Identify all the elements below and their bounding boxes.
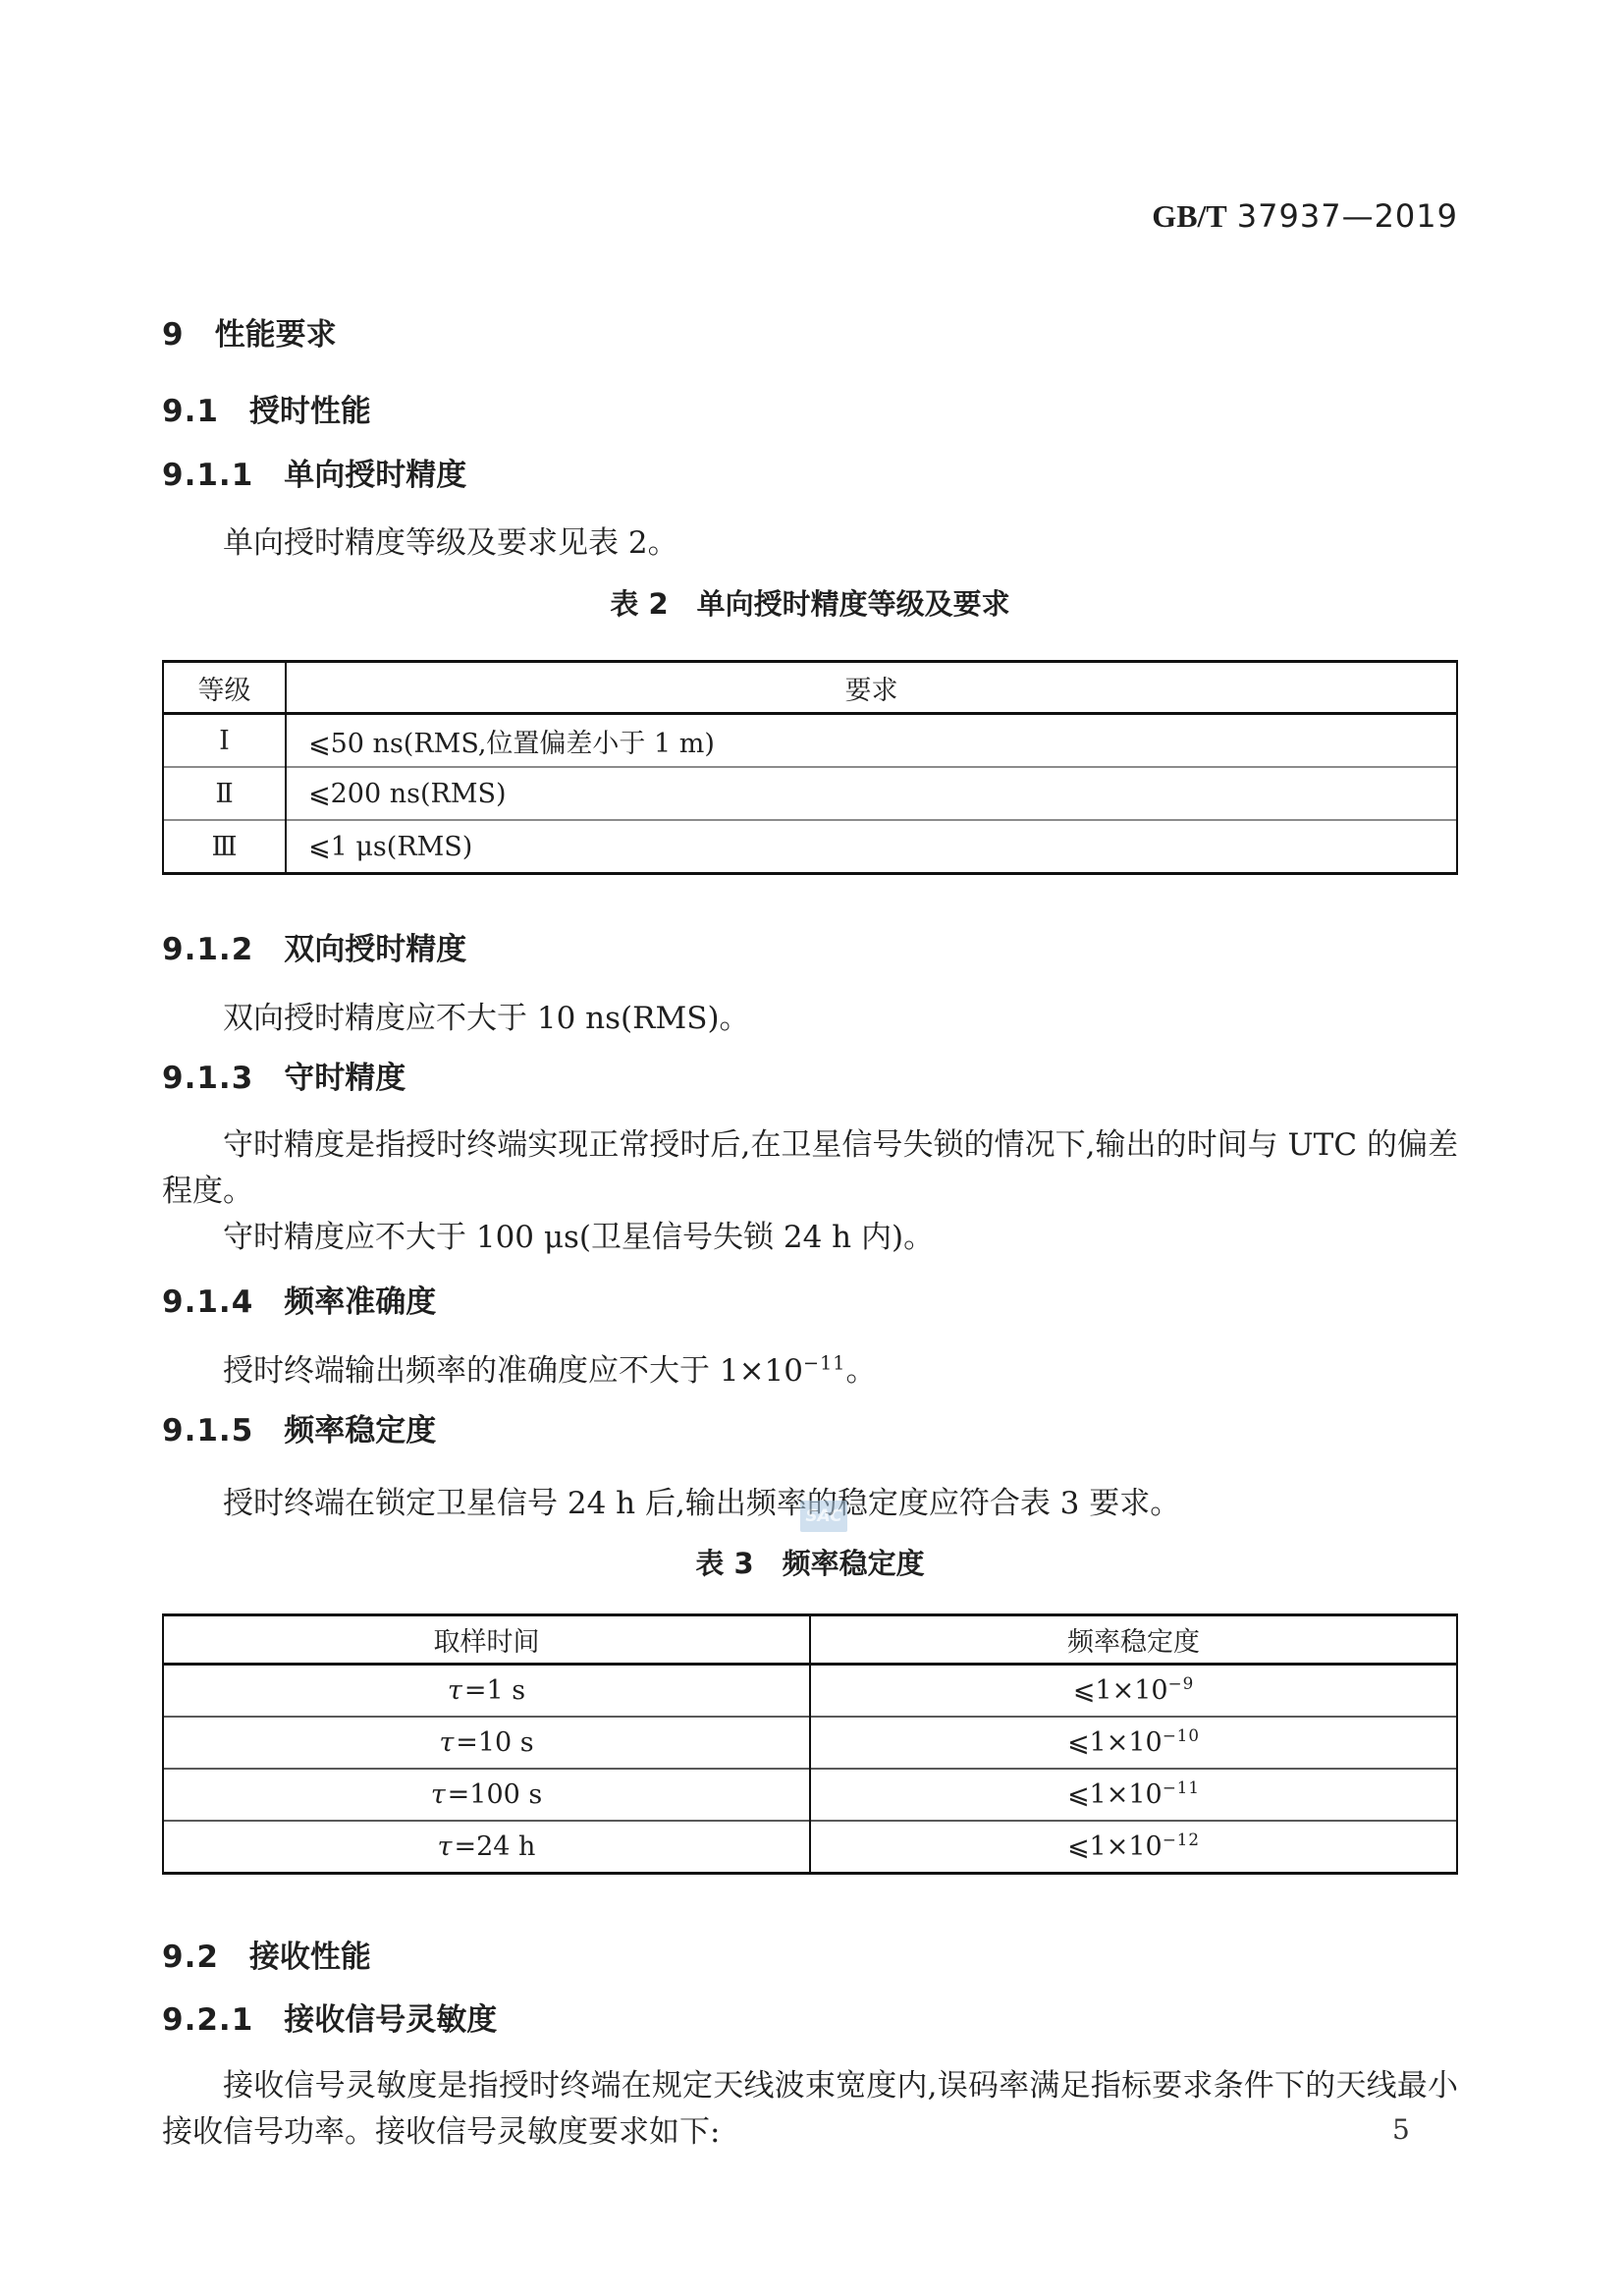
- standard-code-prefix: GB/T: [1152, 198, 1226, 234]
- section-heading-9-1: 9.1授时性能: [162, 394, 1458, 430]
- table3-title: 频率稳定度: [783, 1547, 925, 1580]
- section-number: 9.1.3: [162, 1061, 253, 1096]
- section-title: 频率稳定度: [284, 1413, 436, 1449]
- sampling-time-cell: τ=10 s: [163, 1717, 810, 1769]
- standard-code-number: 37937—2019: [1237, 197, 1458, 235]
- exponent: −11: [803, 1352, 846, 1375]
- section-heading-9-1-3: 9.1.3守时精度: [162, 1061, 1458, 1097]
- table3-header-sampling-time: 取样时间: [163, 1615, 810, 1665]
- paragraph-9-1-1: 单向授时精度等级及要求见表 2。: [162, 519, 1458, 567]
- tau-symbol: τ: [448, 1675, 462, 1706]
- grade-cell: Ⅰ: [163, 714, 286, 768]
- grade-cell: Ⅱ: [163, 767, 286, 820]
- table2-title: 单向授时精度等级及要求: [697, 587, 1010, 621]
- requirement-cell: ⩽200 ns(RMS): [286, 767, 1457, 820]
- table-row: Ⅱ ⩽200 ns(RMS): [163, 767, 1457, 820]
- paragraph-9-1-2: 双向授时精度应不大于 10 ns(RMS)。: [162, 995, 1458, 1042]
- section-number: 9: [162, 317, 185, 353]
- section-number: 9.1.4: [162, 1285, 253, 1320]
- paragraph-9-1-3-requirement: 守时精度应不大于 100 μs(卫星信号失锁 24 h 内)。: [162, 1215, 1458, 1261]
- section-heading-9: 9性能要求: [162, 317, 1458, 354]
- exponent: −12: [1163, 1830, 1200, 1849]
- requirement-cell: ⩽50 ns(RMS,位置偏差小于 1 m): [286, 714, 1457, 768]
- table2-header-requirement: 要求: [286, 662, 1457, 714]
- paragraph-9-2-1: 接收信号灵敏度是指授时终端在规定天线波束宽度内,误码率满足指标要求条件下的天线最…: [162, 2063, 1458, 2156]
- section-heading-9-1-4: 9.1.4频率准确度: [162, 1285, 1458, 1321]
- exponent: −10: [1163, 1725, 1200, 1745]
- stability-value-cell: ⩽1×10−10: [810, 1717, 1457, 1769]
- section-heading-9-2: 9.2接收性能: [162, 1940, 1458, 1976]
- section-title: 性能要求: [215, 317, 337, 353]
- section-title: 单向授时精度: [284, 458, 466, 493]
- exponent: −11: [1163, 1777, 1200, 1797]
- tau-symbol: τ: [439, 1727, 454, 1758]
- stability-value-cell: ⩽1×10−12: [810, 1821, 1457, 1874]
- grade-cell: Ⅲ: [163, 820, 286, 874]
- section-number: 9.1.5: [162, 1413, 253, 1449]
- frequency-accuracy-text: 授时终端输出频率的准确度应不大于 1×10: [223, 1353, 803, 1389]
- section-title: 双向授时精度: [284, 932, 466, 967]
- table3-header-row: 取样时间 频率稳定度: [163, 1615, 1457, 1665]
- section-number: 9.1: [162, 394, 219, 429]
- table-row: τ=10 s ⩽1×10−10: [163, 1717, 1457, 1769]
- document-page: GB/T37937—2019 9性能要求 9.1授时性能 9.1.1单向授时精度…: [0, 0, 1623, 2296]
- page-number: 5: [1392, 2113, 1410, 2147]
- sampling-time-cell: τ=24 h: [163, 1821, 810, 1874]
- section-title: 接收性能: [249, 1940, 371, 1975]
- exponent: −9: [1168, 1673, 1195, 1693]
- section-title: 守时精度: [284, 1061, 406, 1096]
- table-row: Ⅲ ⩽1 μs(RMS): [163, 820, 1457, 874]
- section-title: 授时性能: [249, 394, 371, 429]
- section-heading-9-1-2: 9.1.2双向授时精度: [162, 932, 1458, 968]
- tau-symbol: τ: [438, 1831, 453, 1862]
- stability-value-cell: ⩽1×10−9: [810, 1665, 1457, 1718]
- running-header: GB/T37937—2019: [162, 198, 1458, 235]
- sampling-time-cell: τ=100 s: [163, 1769, 810, 1821]
- table2-label: 表 2: [610, 587, 668, 621]
- section-heading-9-1-5: 9.1.5频率稳定度: [162, 1413, 1458, 1449]
- table-one-way-timing-accuracy: 等级 要求 Ⅰ ⩽50 ns(RMS,位置偏差小于 1 m) Ⅱ ⩽200 ns…: [162, 660, 1458, 875]
- section-number: 9.2.1: [162, 2002, 253, 2038]
- section-number: 9.1.2: [162, 932, 253, 967]
- section-heading-9-2-1: 9.2.1接收信号灵敏度: [162, 2002, 1458, 2039]
- table-row: τ=1 s ⩽1×10−9: [163, 1665, 1457, 1718]
- sampling-time-cell: τ=1 s: [163, 1665, 810, 1718]
- section-number: 9.1.1: [162, 458, 253, 493]
- sac-watermark: SAC: [800, 1501, 847, 1532]
- table-row: τ=24 h ⩽1×10−12: [163, 1821, 1457, 1874]
- table2-header-row: 等级 要求: [163, 662, 1457, 714]
- sentence-end: 。: [846, 1353, 877, 1389]
- section-title: 接收信号灵敏度: [284, 2002, 497, 2038]
- paragraph-9-1-3-definition: 守时精度是指授时终端实现正常授时后,在卫星信号失锁的情况下,输出的时间与 UTC…: [162, 1122, 1458, 1215]
- table2-caption: 表 2单向授时精度等级及要求: [162, 587, 1458, 622]
- table2-header-grade: 等级: [163, 662, 286, 714]
- paragraph-9-1-4: 授时终端输出频率的准确度应不大于 1×10−11。: [162, 1347, 1458, 1394]
- table3-header-frequency-stability: 频率稳定度: [810, 1615, 1457, 1665]
- requirement-cell: ⩽1 μs(RMS): [286, 820, 1457, 874]
- table3-label: 表 3: [695, 1547, 753, 1580]
- section-heading-9-1-1: 9.1.1单向授时精度: [162, 458, 1458, 494]
- tau-symbol: τ: [431, 1779, 446, 1810]
- section-title: 频率准确度: [284, 1285, 436, 1320]
- table-frequency-stability: 取样时间 频率稳定度 τ=1 s ⩽1×10−9 τ=10 s ⩽1×10−10…: [162, 1613, 1458, 1875]
- stability-value-cell: ⩽1×10−11: [810, 1769, 1457, 1821]
- table-row: τ=100 s ⩽1×10−11: [163, 1769, 1457, 1821]
- table3-caption: 表 3频率稳定度: [162, 1547, 1458, 1581]
- table-row: Ⅰ ⩽50 ns(RMS,位置偏差小于 1 m): [163, 714, 1457, 768]
- section-number: 9.2: [162, 1940, 219, 1975]
